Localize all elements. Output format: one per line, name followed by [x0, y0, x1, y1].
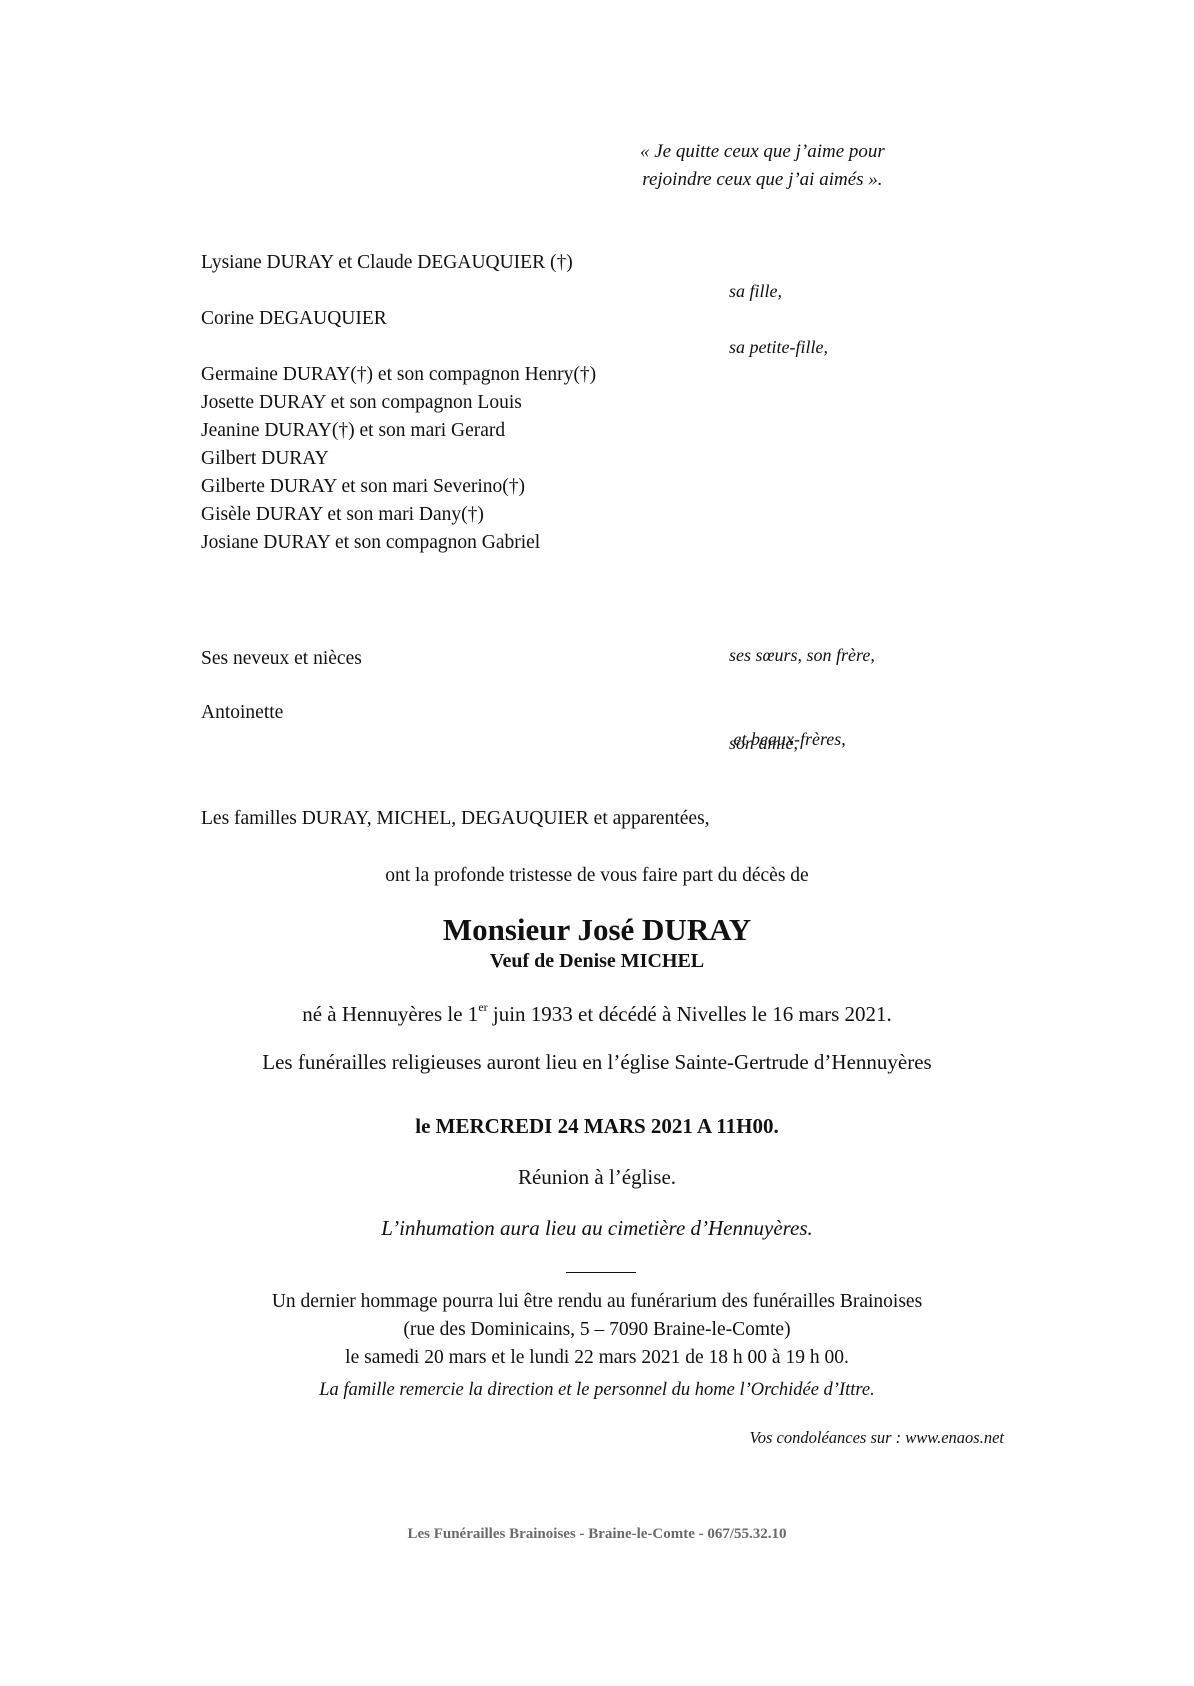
family-name-line: Gisèle DURAY et son mari Dany(†) [201, 501, 596, 529]
family-name-line: Gilbert DURAY [201, 445, 596, 473]
homage-info: Un dernier hommage pourra lui être rendu… [0, 1288, 1194, 1372]
relation-label: sa fille, [729, 281, 782, 301]
families-line: Les familles DURAY, MICHEL, DEGAUQUIER e… [201, 808, 710, 830]
condolences-link[interactable]: Vos condoléances sur : www.enaos.net [749, 1428, 1004, 1448]
relation-label: sa petite-fille, [729, 337, 828, 357]
relation-label: ses sœurs, son frère, [729, 641, 875, 669]
birth-death-text: né à Hennuyères le 1 [302, 1002, 478, 1026]
epigraph-line: « Je quitte ceux que j’aime pour [640, 138, 885, 166]
family-group-daughter: Lysiane DURAY et Claude DEGAUQUIER (†) [201, 249, 573, 277]
family-name-line: Gilberte DURAY et son mari Severino(†) [201, 473, 596, 501]
deceased-name: Monsieur José DURAY [0, 910, 1194, 950]
family-name-line: Jeanine DURAY(†) et son mari Gerard [201, 417, 596, 445]
epigraph-quote: « Je quitte ceux que j’aime pour rejoind… [640, 138, 885, 194]
family-name-line: Lysiane DURAY et Claude DEGAUQUIER (†) [201, 249, 573, 277]
family-name-line: Germaine DURAY(†) et son compagnon Henry… [201, 361, 596, 389]
ceremony-place: Les funérailles religieuses auront lieu … [0, 1050, 1194, 1075]
family-group-siblings: Germaine DURAY(†) et son compagnon Henry… [201, 361, 596, 557]
thanks-note: La famille remercie la direction et le p… [0, 1380, 1194, 1401]
funeral-home-footer: Les Funérailles Brainoises - Braine-le-C… [0, 1526, 1194, 1543]
family-name-line: Josiane DURAY et son compagnon Gabriel [201, 529, 596, 557]
homage-line: le samedi 20 mars et le lundi 22 mars 20… [0, 1344, 1194, 1372]
ceremony-date-time: le MERCREDI 24 MARS 2021 A 11H00. [0, 1114, 1194, 1139]
ceremony-meeting: Réunion à l’église. [0, 1165, 1194, 1190]
family-name-line: Corine DEGAUQUIER [201, 305, 387, 333]
relation-granddaughter: sa petite-fille, [729, 333, 828, 361]
family-name-line: Ses neveux et nièces [201, 645, 362, 673]
family-name-line: Josette DURAY et son compagnon Louis [201, 389, 596, 417]
relation-label: son amie, [729, 733, 798, 753]
family-group-nephews-nieces: Ses neveux et nièces [201, 645, 362, 673]
family-group-friend: Antoinette [201, 699, 283, 727]
announcement-intro: ont la profonde tristesse de vous faire … [0, 865, 1194, 887]
relation-friend: son amie, [729, 729, 798, 757]
birth-death-line: né à Hennuyères le 1er juin 1933 et décé… [0, 1002, 1194, 1027]
widow-of: Veuf de Denise MICHEL [0, 950, 1194, 973]
homage-line: (rue des Dominicains, 5 – 7090 Braine-le… [0, 1316, 1194, 1344]
birth-death-text: juin 1933 et décédé à Nivelles le 16 mar… [488, 1002, 892, 1026]
homage-line: Un dernier hommage pourra lui être rendu… [0, 1288, 1194, 1316]
ordinal-suffix: er [478, 1000, 487, 1014]
section-divider [566, 1272, 636, 1273]
relation-daughter: sa fille, [729, 277, 782, 305]
family-name-line: Antoinette [201, 699, 283, 727]
epigraph-line: rejoindre ceux que j’ai aimés ». [640, 166, 885, 194]
family-group-granddaughter: Corine DEGAUQUIER [201, 305, 387, 333]
burial-info: L’inhumation aura lieu au cimetière d’He… [0, 1216, 1194, 1241]
